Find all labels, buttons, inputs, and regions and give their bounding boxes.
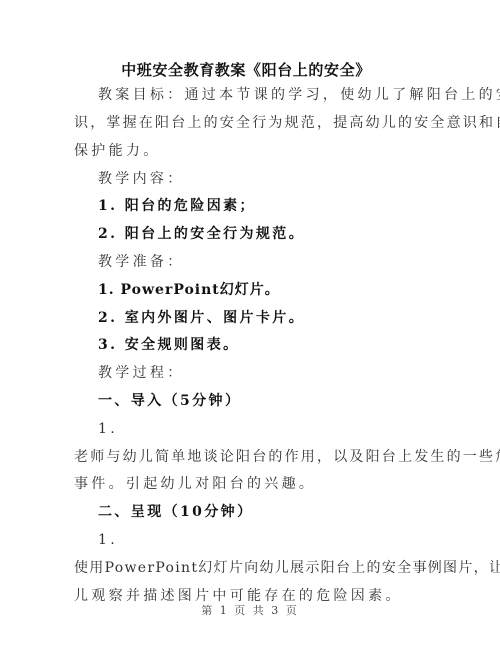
prep-item-1: 1. PowerPoint幻灯片。 <box>98 281 280 299</box>
prep-item-2: 2. 室内外图片、图片卡片。 <box>98 309 305 327</box>
section-2-line-1: 使用PowerPoint幻灯片向幼儿展示阳台上的安全事例图片，让幼 <box>74 559 500 577</box>
prep-item-3: 3. 安全规则图表。 <box>98 336 240 354</box>
section-2-heading: 二、呈现（10分钟） <box>98 503 253 521</box>
document-title: 中班安全教育教案《阳台上的安全》 <box>74 59 418 80</box>
process-heading: 教学过程： <box>98 364 185 382</box>
section-2-number: 1. <box>98 531 118 549</box>
content-heading: 教学内容： <box>98 170 185 188</box>
objective-line-2: 识，掌握在阳台上的安全行为规范，提高幼儿的安全意识和自我 <box>74 114 500 132</box>
page-footer: 第 1 页 共 3 页 <box>0 602 500 618</box>
prep-heading: 教学准备： <box>98 253 185 271</box>
content-item-2: 2. 阳台上的安全行为规范。 <box>98 225 305 243</box>
objective-line-3: 保护能力。 <box>74 142 161 160</box>
section-1-number: 1. <box>98 420 118 438</box>
section-1-line-2: 事件。引起幼儿对阳台的兴趣。 <box>74 475 316 493</box>
section-1-line-1: 老师与幼儿简单地谈论阳台的作用，以及阳台上发生的一些危险 <box>74 448 500 466</box>
content-item-1: 1. 阳台的危险因素； <box>98 197 256 215</box>
section-1-heading: 一、导入（5分钟） <box>98 392 241 410</box>
objective-line-1: 教案目标：通过本节课的学习，使幼儿了解阳台上的安全知 <box>98 86 500 104</box>
